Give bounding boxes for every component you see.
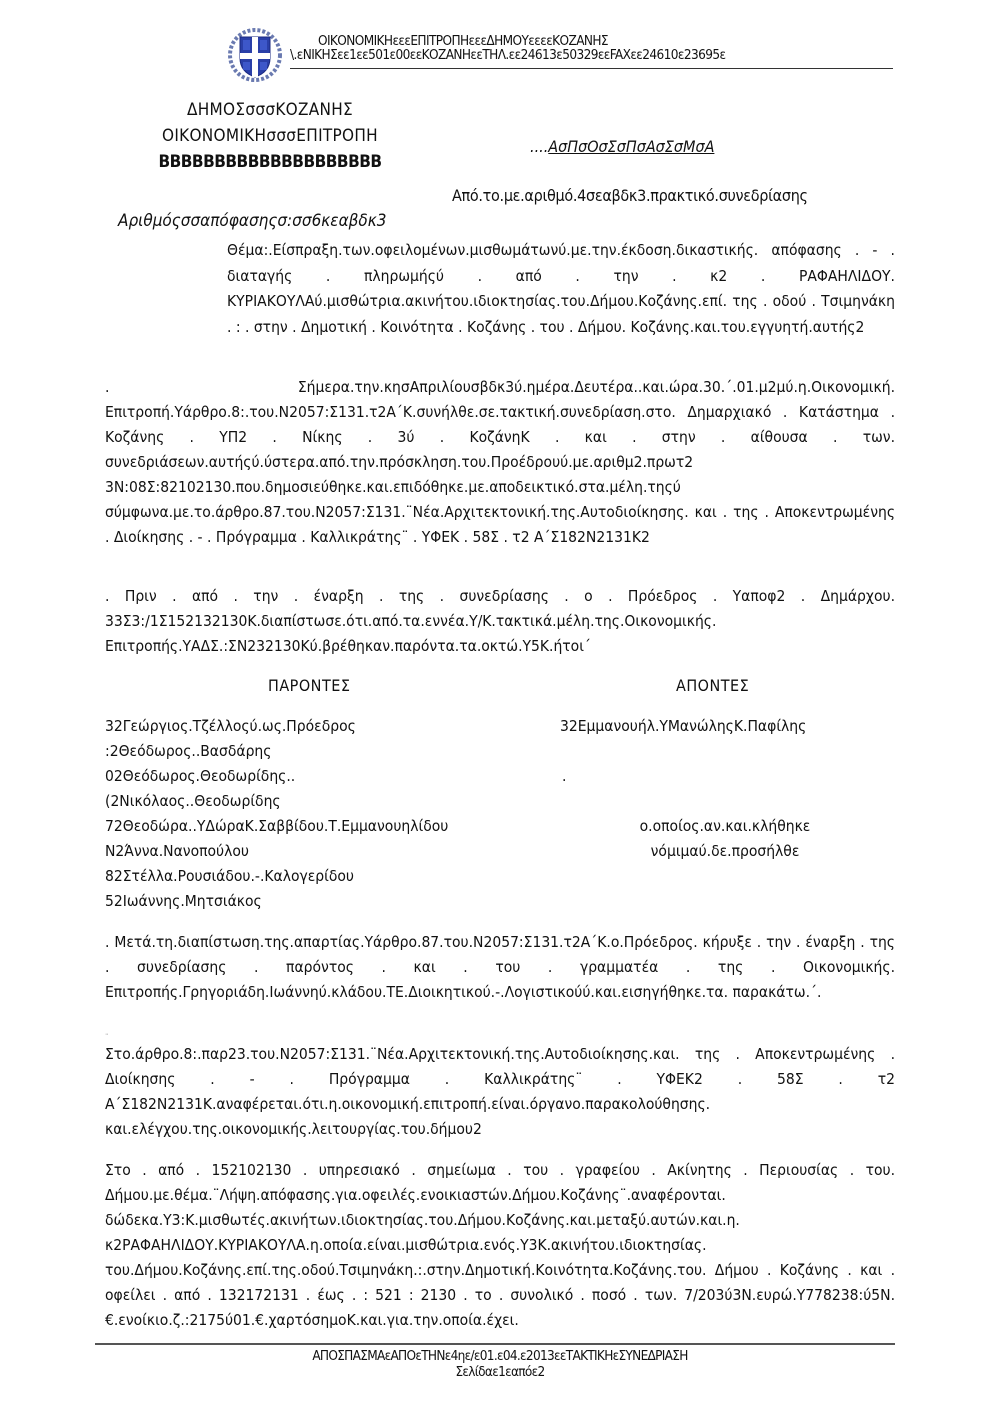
coat-of-arms-emblem-icon <box>228 28 282 82</box>
list-item: (2Νικόλαος..Θεοδωρίδης <box>105 789 448 814</box>
municipality-name: ΔΗΜΟΣσσσΚΟΖΑΝΗΣ <box>130 100 410 120</box>
present-heading: ΠΑΡΟΝΤΕΣ <box>268 676 350 695</box>
absent-dot: . <box>562 764 890 789</box>
footer-page-number: Σελίδαε1εαπόε2 <box>0 1364 1000 1380</box>
extract-title-prefix: .... <box>530 137 548 156</box>
header-divider <box>290 68 893 69</box>
memo-paragraph: Στο . από . 152102130 . υπηρεσιακό . σημ… <box>105 1158 895 1333</box>
absent-spacer <box>560 789 890 814</box>
header-contact-info: \.εΝΙΚΗΣεε1εε501ε00εεΚΟΖΑΝΗεεΤΗΛ.εε24613… <box>290 47 725 63</box>
committee-name: ΟΙΚΟΝΟΜΙΚΗσσσΕΠΙΤΡΟΠΗ <box>130 126 410 146</box>
list-item: 52Ιωάννης.Μητσιάκος <box>105 889 448 914</box>
list-item: 72Θεοδώρα..ΥΔώραΚ.Σαββίδου.Τ.Εμμανουηλίδ… <box>105 814 448 839</box>
present-members-list: 32Γεώργιος.Τζέλλοςύ.ως.Πρόεδρος :2Θεόδωρ… <box>105 714 448 914</box>
footer-divider <box>95 1343 895 1345</box>
decision-number: Αριθμόςσσαπόφασηςσ:σσ6κεαβδκ3 <box>118 211 387 231</box>
quorum-paragraph: . Πριν . από . την . έναρξη . της . συνε… <box>105 584 895 659</box>
absent-members-list: 32Εμμανουήλ.ΥΜανώληςΚ.Παφίλης . ο.οποίος… <box>560 714 890 864</box>
list-item: 32Εμμανουήλ.ΥΜανώληςΚ.Παφίλης <box>560 714 890 739</box>
absent-note-line2: νόμιμαύ.δε.προσήλθε <box>560 839 890 864</box>
extract-title-text: ΑσΠσΟσΣσΠσΑσΣσΜσΑ <box>548 137 714 156</box>
extract-title: ....ΑσΠσΟσΣσΠσΑσΣσΜσΑ <box>530 137 714 156</box>
list-item: 82Στέλλα.Ρουσιάδου.-.Καλογερίδου <box>105 864 448 889</box>
absent-spacer <box>560 739 890 764</box>
absent-note-line1: ο.οποίος.αν.και.κλήθηκε <box>560 814 890 839</box>
footer-extract-info: ΑΠΟΣΠΑΣΜΑεΑΠΟεΤΗΝε4ηε/ε01.ε04.ε2013εεΤΑΚ… <box>0 1348 1000 1364</box>
list-item: Ν2Άννα.Νανοπούλου <box>105 839 448 864</box>
tiny-mark: ¨ <box>105 1033 109 1042</box>
committee-filler-line: BBBBBBBBBBBBBBBBBBBB <box>130 152 410 172</box>
subject-paragraph: Θέμα:.Είσπραξη.των.οφειλομένων.μισθωμάτω… <box>227 238 895 340</box>
meeting-paragraph: . Σήμερα.την.κησΑπριλίουσβδκ3ύ.ημέρα.Δευ… <box>105 375 895 550</box>
legal-basis-paragraph: Στο.άρθρο.8:.παρ23.του.Ν2057:Σ131.¨Νέα.Α… <box>105 1042 895 1142</box>
proceedings-paragraph: . Μετά.τη.διαπίστωση.της.απαρτίας.Υάρθρο… <box>105 930 895 1005</box>
list-item: 32Γεώργιος.Τζέλλοςύ.ως.Πρόεδρος <box>105 714 448 739</box>
absent-heading: ΑΠΟΝΤΕΣ <box>676 676 749 695</box>
list-item: 02Θεόδωρος.Θεοδωρίδης.. <box>105 764 448 789</box>
minutes-reference: Από.το.με.αριθμό.4σεαβδκ3.πρακτικό.συνεδ… <box>452 186 808 205</box>
list-item: :2Θεόδωρος..Βασδάρης <box>105 739 448 764</box>
